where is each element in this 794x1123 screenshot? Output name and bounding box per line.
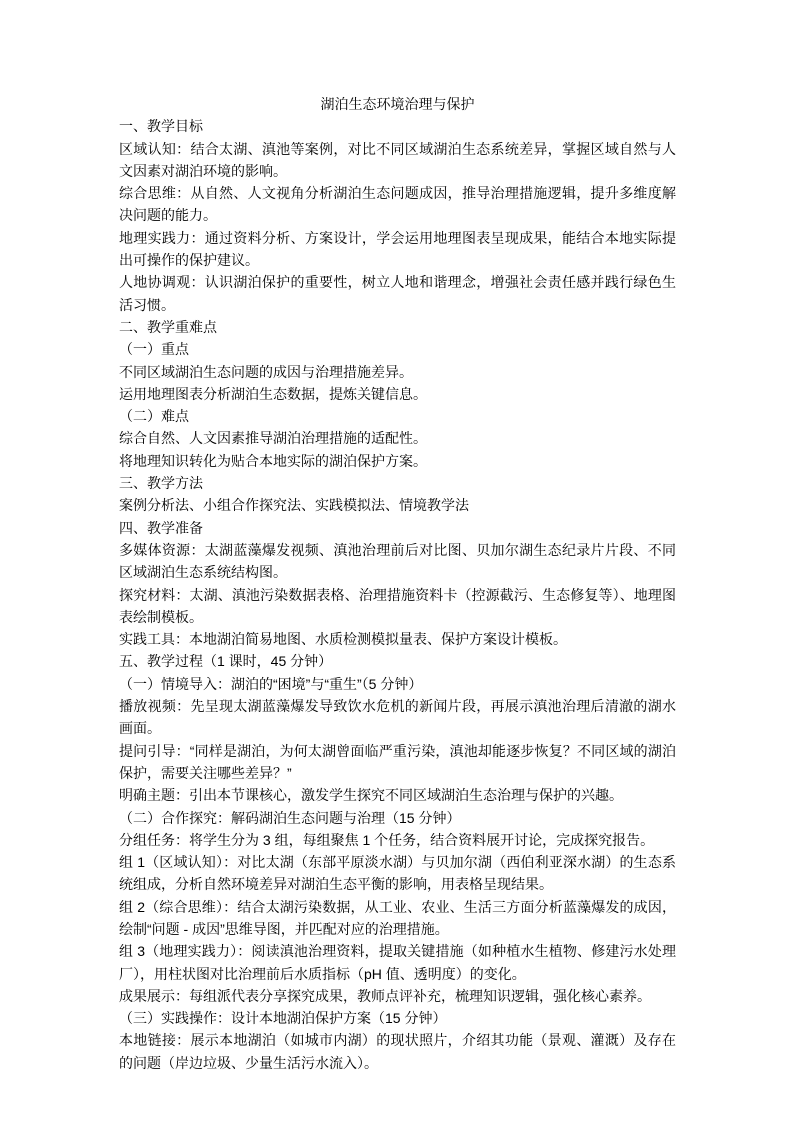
paragraph: （二）难点 (119, 405, 676, 427)
document-title: 湖泊生态环境治理与保护 (119, 93, 676, 115)
paragraph: 明确主题：引出本节课核心，激发学生探究不同区域湖泊生态治理与保护的兴趣。 (119, 784, 676, 806)
paragraph: 实践工具：本地湖泊简易地图、水质检测模拟量表、保护方案设计模板。 (119, 628, 676, 650)
paragraph: 运用地理图表分析湖泊生态数据，提炼关键信息。 (119, 383, 676, 405)
paragraph: 二、教学重难点 (119, 316, 676, 338)
paragraph: 区域认知：结合太湖、滇池等案例，对比不同区域湖泊生态系统差异，掌握区域自然与人文… (119, 138, 676, 183)
paragraph: 播放视频：先呈现太湖蓝藻爆发导致饮水危机的新闻片段，再展示滇池治理后清澈的湖水画… (119, 695, 676, 740)
paragraph: 人地协调观：认识湖泊保护的重要性，树立人地和谐理念，增强社会责任感并践行绿色生活… (119, 271, 676, 316)
paragraph: 组 1（区域认知）：对比太湖（东部平原淡水湖）与贝加尔湖（西伯利亚深水湖）的生态… (119, 851, 676, 896)
paragraph: 不同区域湖泊生态问题的成因与治理措施差异。 (119, 361, 676, 383)
paragraph: 综合思维：从自然、人文视角分析湖泊生态问题成因，推导治理措施逻辑，提升多维度解决… (119, 182, 676, 227)
paragraph: 综合自然、人文因素推导湖泊治理措施的适配性。 (119, 427, 676, 449)
paragraph: 分组任务：将学生分为 3 组，每组聚焦 1 个任务，结合资料展开讨论，完成探究报… (119, 829, 676, 851)
paragraph: 一、教学目标 (119, 115, 676, 137)
paragraph: （一）情境导入：湖泊的“困境”与“重生”（5 分钟） (119, 673, 676, 695)
paragraph: 组 2（综合思维）：结合太湖污染数据，从工业、农业、生活三方面分析蓝藻爆发的成因… (119, 896, 676, 941)
paragraph: 提问引导：“同样是湖泊，为何太湖曾面临严重污染，滇池却能逐步恢复？不同区域的湖泊… (119, 740, 676, 785)
paragraph: 地理实践力：通过资料分析、方案设计，学会运用地理图表呈现成果，能结合本地实际提出… (119, 227, 676, 272)
paragraph: 多媒体资源：太湖蓝藻爆发视频、滇池治理前后对比图、贝加尔湖生态纪录片片段、不同区… (119, 539, 676, 584)
paragraph: 本地链接：展示本地湖泊（如城市内湖）的现状照片，介绍其功能（景观、灌溉）及存在的… (119, 1029, 676, 1074)
paragraph: （二）合作探究：解码湖泊生态问题与治理（15 分钟） (119, 807, 676, 829)
document-page: 湖泊生态环境治理与保护 一、教学目标区域认知：结合太湖、滇池等案例，对比不同区域… (0, 0, 794, 1123)
paragraph: 组 3（地理实践力）：阅读滇池治理资料，提取关键措施（如种植水生植物、修建污水处… (119, 940, 676, 985)
paragraph: （一）重点 (119, 338, 676, 360)
paragraph: 案例分析法、小组合作探究法、实践模拟法、情境教学法 (119, 494, 676, 516)
paragraph: 探究材料：太湖、滇池污染数据表格、治理措施资料卡（控源截污、生态修复等）、地理图… (119, 584, 676, 629)
paragraph: （三）实践操作：设计本地湖泊保护方案（15 分钟） (119, 1007, 676, 1029)
paragraph: 五、教学过程（1 课时，45 分钟） (119, 650, 676, 672)
paragraph: 三、教学方法 (119, 472, 676, 494)
document-content: 湖泊生态环境治理与保护 一、教学目标区域认知：结合太湖、滇池等案例，对比不同区域… (119, 93, 676, 1074)
paragraph: 四、教学准备 (119, 517, 676, 539)
paragraph: 将地理知识转化为贴合本地实际的湖泊保护方案。 (119, 450, 676, 472)
document-body: 一、教学目标区域认知：结合太湖、滇池等案例，对比不同区域湖泊生态系统差异，掌握区… (119, 115, 676, 1074)
paragraph: 成果展示：每组派代表分享探究成果，教师点评补充，梳理知识逻辑，强化核心素养。 (119, 985, 676, 1007)
